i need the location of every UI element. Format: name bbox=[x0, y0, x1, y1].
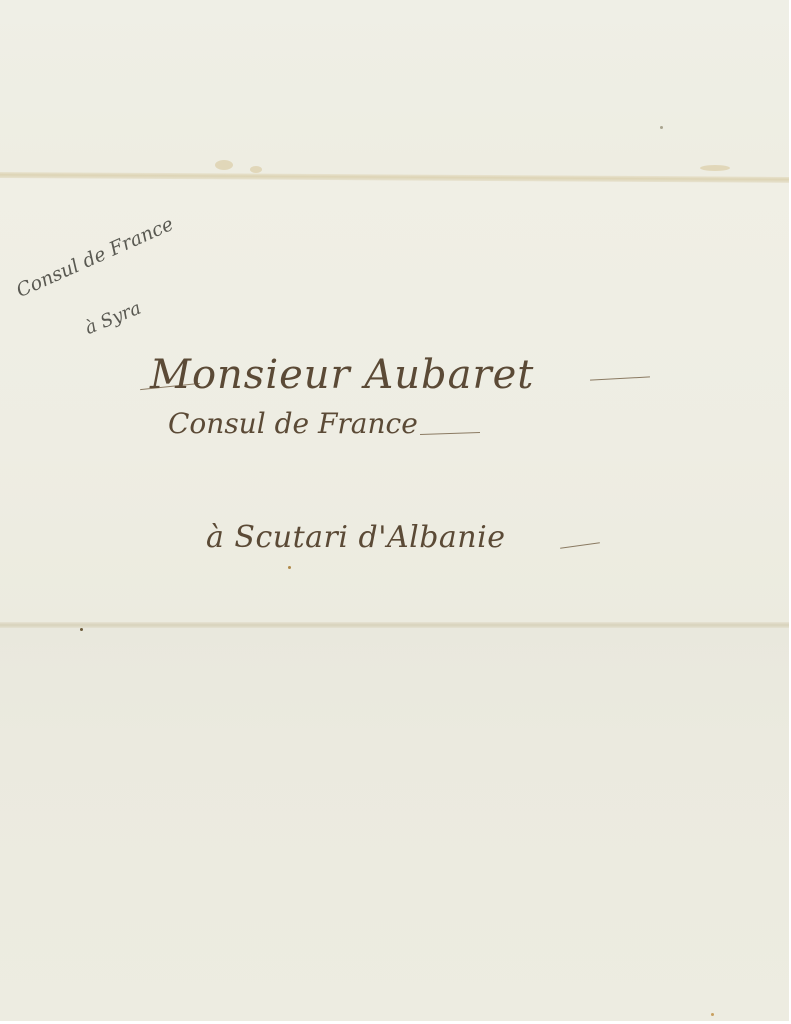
ink-speck bbox=[660, 126, 663, 129]
addressee-title: Consul de France bbox=[168, 407, 418, 440]
ink-speck bbox=[288, 566, 291, 569]
stamp-line-2: à Syra bbox=[82, 298, 144, 339]
stain-mark bbox=[215, 160, 233, 170]
consular-stamp: Consul de France à Syra bbox=[22, 250, 192, 360]
ink-speck bbox=[711, 1013, 714, 1016]
addressee-name: Monsieur Aubaret bbox=[150, 352, 534, 398]
addressee-place: à Scutari d'Albanie bbox=[206, 520, 505, 555]
ink-speck bbox=[80, 628, 83, 631]
stain-mark bbox=[250, 166, 262, 173]
letter-sheet: Consul de France à Syra Monsieur Aubaret… bbox=[0, 0, 789, 1021]
top-fold-panel bbox=[0, 0, 789, 176]
bottom-fold-panel bbox=[0, 626, 789, 1021]
stain-mark bbox=[700, 165, 730, 171]
lower-fold-crease bbox=[0, 622, 789, 628]
